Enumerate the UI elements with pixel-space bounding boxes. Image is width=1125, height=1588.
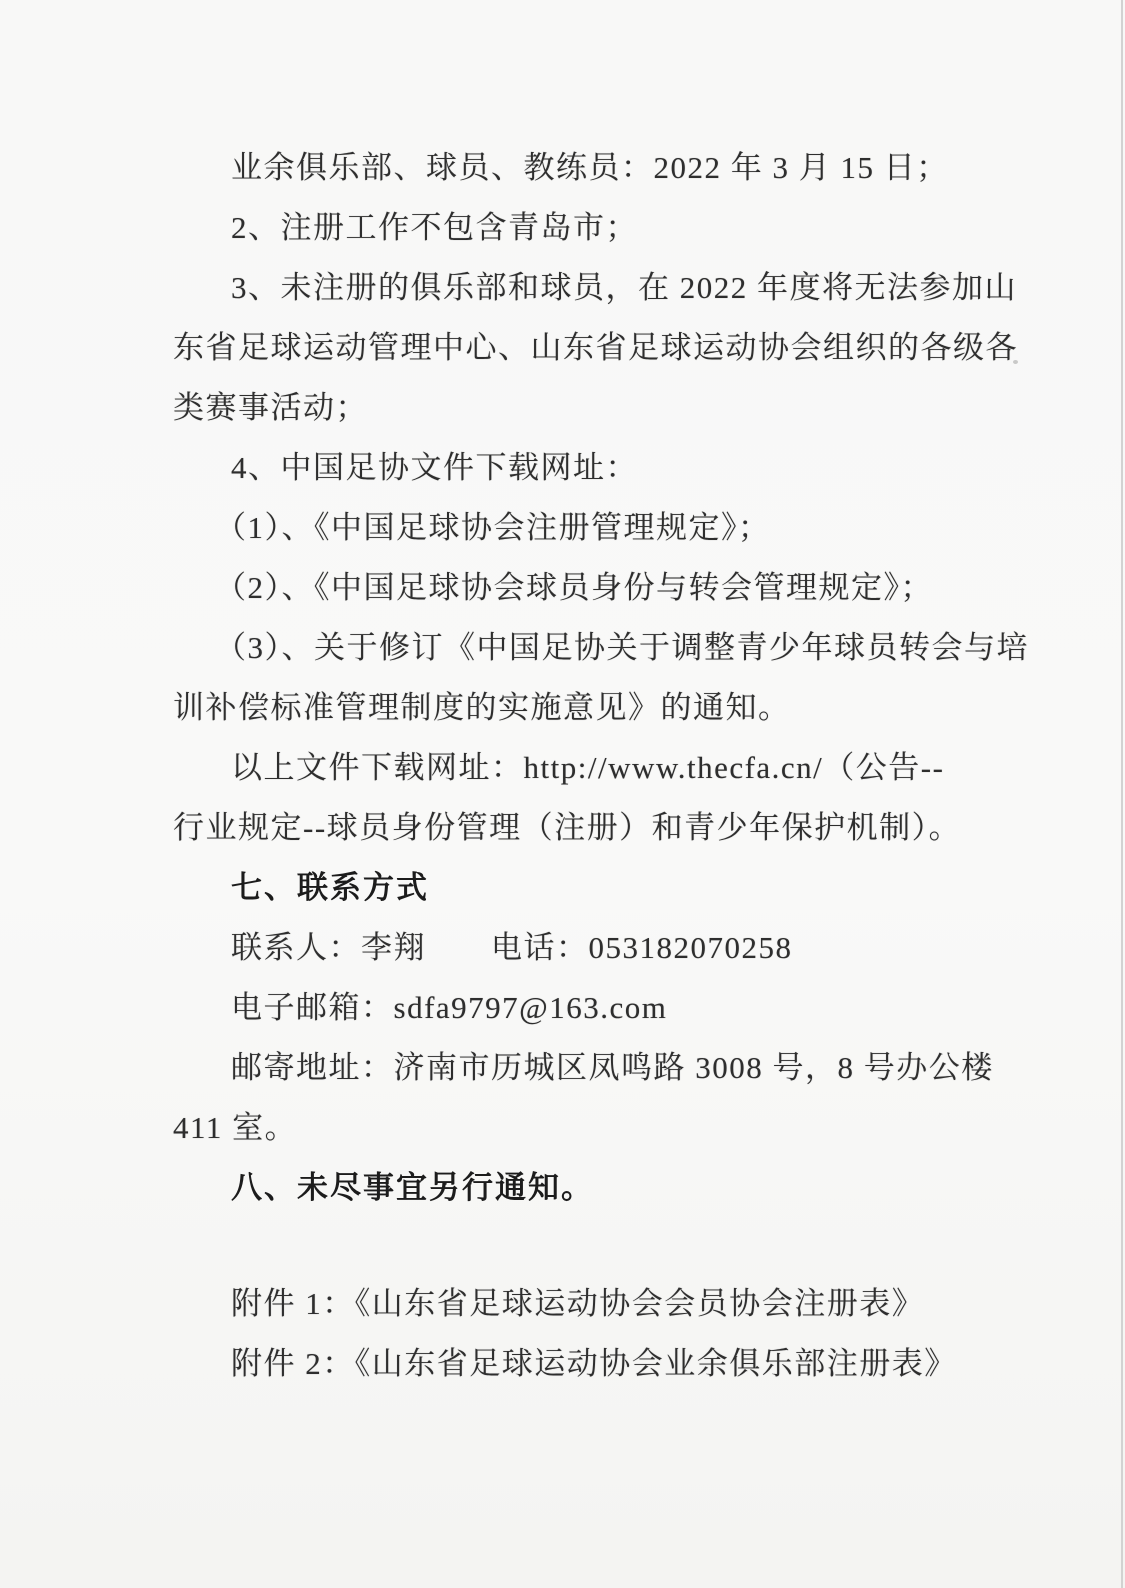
document-line: 训补偿标准管理制度的实施意见》的通知。: [173, 678, 973, 738]
document-line: 行业规定--球员身份管理（注册）和青少年保护机制）。: [173, 798, 973, 858]
document-line: 七、联系方式: [173, 858, 973, 918]
document-line: 以上文件下载网址：http://www.thecfa.cn/（公告--: [173, 738, 973, 798]
document-line: 类赛事活动；: [173, 378, 973, 438]
document-line: （1）、《中国足球协会注册管理规定》；: [173, 498, 973, 558]
document-page: 业余俱乐部、球员、教练员：2022 年 3 月 15 日；2、注册工作不包含青岛…: [0, 0, 1125, 1588]
document-line: 3、未注册的俱乐部和球员，在 2022 年度将无法参加山: [173, 258, 973, 318]
document-body: 业余俱乐部、球员、教练员：2022 年 3 月 15 日；2、注册工作不包含青岛…: [173, 138, 973, 1394]
document-line: 邮寄地址：济南市历城区凤鸣路 3008 号，8 号办公楼: [173, 1038, 973, 1098]
document-line: 业余俱乐部、球员、教练员：2022 年 3 月 15 日；: [173, 138, 973, 198]
document-line: 411 室。: [173, 1098, 973, 1158]
document-line: 八、未尽事宜另行通知。: [173, 1158, 973, 1218]
document-line: （2）、《中国足球协会球员身份与转会管理规定》；: [173, 558, 973, 618]
document-line: 附件 1：《山东省足球运动协会会员协会注册表》: [173, 1274, 973, 1334]
document-line: 2、注册工作不包含青岛市；: [173, 198, 973, 258]
document-line: 联系人：李翔 电话：053182070258: [173, 918, 973, 978]
document-line: 电子邮箱：sdfa9797@163.com: [173, 978, 973, 1038]
scan-edge-line: [1121, 0, 1123, 1588]
document-line: 附件 2：《山东省足球运动协会业余俱乐部注册表》: [173, 1334, 973, 1394]
document-line: （3）、关于修订《中国足协关于调整青少年球员转会与培: [173, 618, 973, 678]
document-line: 东省足球运动管理中心、山东省足球运动协会组织的各级各: [173, 318, 973, 378]
document-line: 4、中国足协文件下载网址：: [173, 438, 973, 498]
